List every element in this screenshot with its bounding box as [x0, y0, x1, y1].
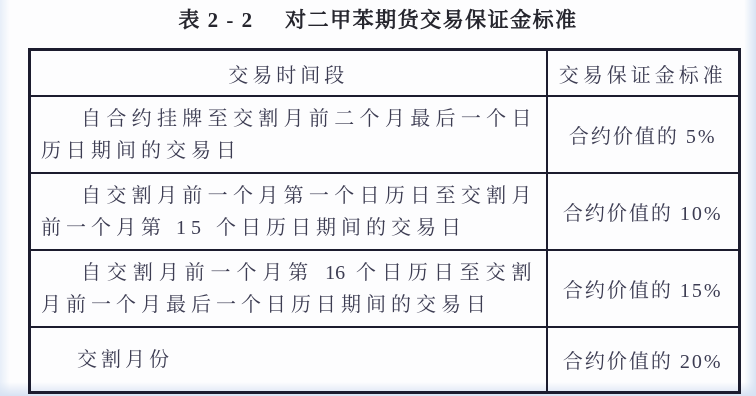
table-row: 自合约挂牌至交割月前二个月最后一个日 历日期间的交易日 合约价值的 5%	[30, 96, 740, 173]
document-page: 表 2 - 2对二甲苯期货交易保证金标准 交易时间段 交易保证金标准 自合约挂牌…	[0, 0, 756, 396]
table-row: 自交割月前一个月第 16 个日历日至交割 月前一个月最后一个日历日期间的交易日 …	[30, 250, 740, 327]
period-text-line: 自交割月前一个月第 16 个日历日至交割	[41, 257, 532, 289]
table-caption: 表 2 - 2对二甲苯期货交易保证金标准	[0, 4, 756, 34]
margin-value: 合约价值的 10%	[547, 173, 740, 250]
table-row: 自交割月前一个月第一个日历日至交割月 前一个月第 15 个日历日期间的交易日 合…	[30, 173, 740, 250]
period-text-line: 历日期间的交易日	[41, 135, 532, 167]
margin-value: 合约价值的 5%	[547, 96, 740, 173]
margin-value: 合约价值的 20%	[547, 327, 740, 393]
period-text-line: 自合约挂牌至交割月前二个月最后一个日	[41, 103, 532, 135]
period-text-line: 交割月份	[41, 345, 532, 375]
period-cell: 自交割月前一个月第一个日历日至交割月 前一个月第 15 个日历日期间的交易日	[30, 173, 547, 250]
period-text-line: 前一个月第 15 个日历日期间的交易日	[41, 212, 532, 244]
period-cell: 交割月份	[30, 327, 547, 393]
margin-value: 合约价值的 15%	[547, 250, 740, 327]
table-row: 交割月份 合约价值的 20%	[30, 327, 740, 393]
table-caption-number: 表 2 - 2	[178, 8, 253, 32]
period-text-line: 月前一个月最后一个日历日期间的交易日	[41, 289, 532, 321]
table-header-row: 交易时间段 交易保证金标准	[30, 50, 740, 97]
period-cell: 自交割月前一个月第 16 个日历日至交割 月前一个月最后一个日历日期间的交易日	[30, 250, 547, 327]
period-cell: 自合约挂牌至交割月前二个月最后一个日 历日期间的交易日	[30, 96, 547, 173]
period-text-line: 自交割月前一个月第一个日历日至交割月	[41, 180, 532, 212]
column-header-margin: 交易保证金标准	[547, 50, 740, 97]
column-header-period: 交易时间段	[30, 50, 547, 97]
table-caption-title: 对二甲苯期货交易保证金标准	[285, 8, 578, 32]
margin-standards-table: 交易时间段 交易保证金标准 自合约挂牌至交割月前二个月最后一个日 历日期间的交易…	[28, 48, 741, 394]
